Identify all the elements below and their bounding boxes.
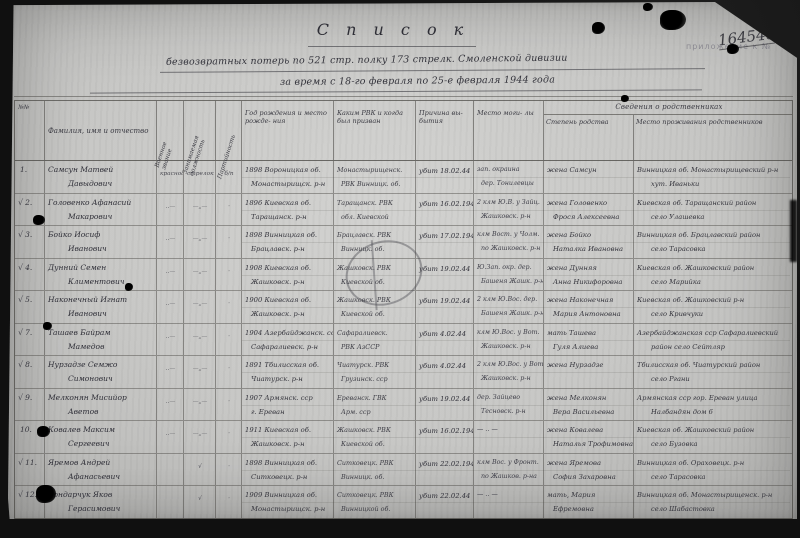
checkmark: √ (18, 198, 23, 207)
row-relation: жена ДунняяАнна Никифоровна (544, 259, 634, 291)
row-relation: жена НаконечнаяМария Антоновна (544, 291, 634, 323)
col-header-num: №№ (15, 101, 45, 160)
table-row: 10. Ковалев МаксимСергеевич ‥— —„— · 191… (15, 421, 792, 454)
row-grave: клм Вост. у Чолм.по Жашковск. р-н (474, 226, 544, 258)
row-rank: ‥— (157, 226, 184, 258)
row-rank (157, 454, 184, 486)
row-position: —„— (184, 259, 216, 291)
row-birth: 1898 Вороницкая об.Монастырищск. р-н (242, 161, 334, 193)
row-position: —„— (184, 226, 216, 258)
row-party: · (216, 421, 242, 453)
row-cause: убит 22.02.1944 (416, 454, 474, 486)
col-header-rank: Военное звание (157, 101, 184, 160)
row-position: —„— (184, 291, 216, 323)
losses-table: №№ Фамилия, имя и отчество Военное звани… (14, 100, 793, 519)
table-row: √2. Головенко АфанасийМакарович ‥— —„— ·… (15, 194, 792, 227)
table-body: 1. Самсун МатвейДавыдович красноарм. стр… (15, 161, 792, 519)
row-address: Винницкая об. Брацлавский районсело Тара… (634, 226, 793, 258)
row-number: √11. (15, 454, 45, 486)
row-party: · (216, 356, 242, 388)
row-rvk: Жашковск. РВККиевской об. (334, 421, 416, 453)
row-relation: жена Нурзадзе (544, 356, 634, 388)
checkmark: √ (18, 295, 23, 304)
row-grave: клм Вос. у Фронт.по Жашков. р-на (474, 454, 544, 486)
row-name: Мелконян МисийорАветов (45, 389, 157, 421)
row-address: Винницкая об. Монастырищенск. р-нсело Ша… (634, 486, 793, 518)
scanned-document: С п и с о к безвозвратных потерь по 521 … (0, 0, 800, 538)
row-party: · (216, 324, 242, 356)
row-number: √5. (15, 291, 45, 323)
checkmark: √ (18, 458, 23, 467)
row-rank: ‥— (157, 389, 184, 421)
row-party: · (216, 194, 242, 226)
row-number: √4. (15, 259, 45, 291)
row-grave: — ‥ — (474, 421, 544, 453)
document-subtitle-1: безвозвратных потерь по 521 стр. полку 1… (166, 51, 706, 68)
row-rank: ‥— (157, 194, 184, 226)
row-number: √8. (15, 356, 45, 388)
row-name: Бойко ИосифИванович (45, 226, 157, 258)
document-title: С п и с о к (303, 20, 483, 39)
row-number: √9. (15, 389, 45, 421)
row-address: Киевская об. Жашковский р-нсело Кривчуки (634, 291, 793, 323)
row-rvk: Чиатурск. РВКГрузинск. сср (334, 356, 416, 388)
row-relation: жена БойкоНаталка Ивановна (544, 226, 634, 258)
row-rvk: Таращанск. РВКобл. Киевской (334, 194, 416, 226)
row-grave: 2 клм Ю.Вос. у Вот.Жашковск. р-н (474, 356, 544, 388)
row-rvk: Ситковецк. РВКВинницкой об. (334, 486, 416, 518)
row-name: Яремов АндрейАфанасьевич (45, 454, 157, 486)
row-cause: убит 16.02.1944 (416, 421, 474, 453)
row-grave: 2 клм Ю.Вос. дер.Башеня Жашк. р-н (474, 291, 544, 323)
table-top-double-rule (14, 96, 793, 97)
row-name: Ташаев БайрамМамедов (45, 324, 157, 356)
row-rank: красноарм. (157, 161, 184, 193)
row-address: Киевская об. Жашковский районсело Бузовк… (634, 421, 793, 453)
subtitle-underline-2 (90, 89, 702, 93)
relatives-group-title: Сведения о родственниках (544, 101, 793, 115)
row-address: Армянская сср гор. Ереван улицаНалбандян… (634, 389, 793, 421)
row-cause: убит 19.02.44 (416, 259, 474, 291)
row-party: · (216, 291, 242, 323)
row-address: Тбилисская об. Чиатурский районсело Рган… (634, 356, 793, 388)
row-position: √ (184, 486, 216, 518)
table-row: √8. Нурзадзе СемжоСимонович ‥— —„— · 189… (15, 356, 792, 389)
row-rvk: Ситковецк. РВКВинницк. об. (334, 454, 416, 486)
row-relation: жена МелконянВера Васильевна (544, 389, 634, 421)
row-party: · (216, 389, 242, 421)
scan-edge-artifact (790, 200, 797, 262)
checkmark: √ (18, 393, 23, 402)
row-party: б/п (216, 161, 242, 193)
row-relation: мать ТашеваГуля Алиева (544, 324, 634, 356)
row-position: —„— (184, 194, 216, 226)
ink-blot (592, 22, 605, 34)
row-name: Бондарчук ЯковГерасимович (45, 486, 157, 518)
row-grave: Ю.Зап. окр. дер.Башеня Жашк. р-н (474, 259, 544, 291)
checkmark: √ (18, 328, 23, 337)
row-number: 1. (15, 161, 45, 193)
row-address: Винницкая об. Монастырищевский р-нхут. И… (634, 161, 793, 193)
row-rank: ‥— (157, 421, 184, 453)
col-header-position: Занимаемая должность (184, 101, 216, 160)
col-header-grave: Место моги- лы (474, 101, 544, 160)
row-relation: жена Самсун (544, 161, 634, 193)
row-cause: убит 22.02.44 (416, 486, 474, 518)
document-subtitle-2: за время с 18-го февраля по 25-е февраля… (280, 73, 700, 88)
row-rank: ‥— (157, 259, 184, 291)
row-birth: 1891 Тбилисская об.Чиатурск. р-н (242, 356, 334, 388)
row-birth: 1900 Киевская об.Жашковск. р-н (242, 291, 334, 323)
row-birth: 1907 Армянск. ссрг. Ереван (242, 389, 334, 421)
row-position: —„— (184, 324, 216, 356)
row-position: —„— (184, 389, 216, 421)
table-header: №№ Фамилия, имя и отчество Военное звани… (15, 101, 792, 161)
row-rank: ‥— (157, 324, 184, 356)
title-underline (308, 46, 476, 47)
row-address: Киевская об. Таращанский районсело Улаше… (634, 194, 793, 226)
row-birth: 1908 Киевская об.Жашковск. р-н (242, 259, 334, 291)
row-address: Винницкая об. Ораховецк. р-нсело Тарасов… (634, 454, 793, 486)
row-name: Нурзадзе СемжоСимонович (45, 356, 157, 388)
ink-blot (660, 10, 686, 30)
row-cause: убит 19.02.44 (416, 389, 474, 421)
row-grave: зап. окраинадер. Тонилевцы (474, 161, 544, 193)
checkmark: √ (18, 263, 23, 272)
row-birth: 1911 Киевская об.Жашковск. р-н (242, 421, 334, 453)
col-header-party: Партийность (216, 101, 242, 160)
row-birth: 1909 Винницкая об.Монастырищск. р-н (242, 486, 334, 518)
row-position: стрелок (184, 161, 216, 193)
row-rvk: Монастырищенск.РВК Винницк. об. (334, 161, 416, 193)
row-birth: 1896 Киевская об.Таращанск. р-н (242, 194, 334, 226)
row-relation: жена ГоловенкоФрося Алексеевна (544, 194, 634, 226)
row-party: · (216, 259, 242, 291)
row-name: Наконечный ИгнатИванович (45, 291, 157, 323)
row-party: · (216, 454, 242, 486)
table-row: 1. Самсун МатвейДавыдович красноарм. стр… (15, 161, 792, 194)
row-rvk: Сафаралиевск.РВК АзССР (334, 324, 416, 356)
ink-blot (643, 3, 653, 11)
col-header-address: Место проживания родственников (634, 115, 793, 160)
row-relation: жена КовалеваНаталья Трофимовна (544, 421, 634, 453)
row-cause: убит 4.02.44 (416, 324, 474, 356)
checkmark: √ (18, 230, 23, 239)
table-row: √11. Яремов АндрейАфанасьевич √ · 1898 В… (15, 454, 792, 487)
row-name: Дунний СеменКлиментович (45, 259, 157, 291)
row-party: · (216, 226, 242, 258)
row-name: Ковалев МаксимСергеевич (45, 421, 157, 453)
col-header-relatives-group: Сведения о родственниках Степень родства… (544, 101, 793, 160)
row-birth: 1904 Азербайджанск. ссрСафаралиевск. р-н (242, 324, 334, 356)
row-rank: ‥— (157, 356, 184, 388)
row-name: Головенко АфанасийМакарович (45, 194, 157, 226)
row-number: √3. (15, 226, 45, 258)
row-address: Азербайджанская сср Сафаралиевскийрайон … (634, 324, 793, 356)
row-grave: клм Ю.Вос. у Вот.Жашковск. р-н (474, 324, 544, 356)
row-cause: убит 16.02.1944 (416, 194, 474, 226)
checkmark: √ (18, 360, 23, 369)
row-position: —„— (184, 356, 216, 388)
table-row: √12. Бондарчук ЯковГерасимович √ · 1909 … (15, 486, 792, 519)
table-row: √7. Ташаев БайрамМамедов ‥— —„— · 1904 А… (15, 324, 792, 357)
row-number: √7. (15, 324, 45, 356)
row-rvk: Ереванск. ГВКАрм. сср (334, 389, 416, 421)
row-rank (157, 486, 184, 518)
subtitle-underline-1 (160, 68, 705, 73)
col-header-relation: Степень родства (544, 115, 634, 160)
checkmark: √ (18, 490, 23, 499)
col-header-cause: Причина вы- бытия (416, 101, 474, 160)
row-cause: убит 18.02.44 (416, 161, 474, 193)
row-grave: 2 клм Ю.В. у Зайц.Жашковск. р-н (474, 194, 544, 226)
row-relation: жена ЯремоваСофия Захаровна (544, 454, 634, 486)
row-address: Киевская об. Жашковский районсело Марийк… (634, 259, 793, 291)
row-cause: убит 4.02.44 (416, 356, 474, 388)
row-rank: ‥— (157, 291, 184, 323)
row-birth: 1898 Винницкая об.Брацлавск. р-н (242, 226, 334, 258)
table-row: √9. Мелконян МисийорАветов ‥— —„— · 1907… (15, 389, 792, 422)
row-name: Самсун МатвейДавыдович (45, 161, 157, 193)
row-grave: — ‥ — (474, 486, 544, 518)
row-cause: убит 19.02.44 (416, 291, 474, 323)
row-position: —„— (184, 421, 216, 453)
stamp: приложение к № 16454с (686, 32, 798, 62)
row-cause: убит 17.02.1944 (416, 226, 474, 258)
row-birth: 1898 Винницкая об.Ситковецк. р-н (242, 454, 334, 486)
paper-sheet: С п и с о к безвозвратных потерь по 521 … (8, 2, 797, 519)
row-party: · (216, 486, 242, 518)
row-relation: мать, МарияЕфремовна (544, 486, 634, 518)
row-position: √ (184, 454, 216, 486)
col-header-name: Фамилия, имя и отчество (45, 101, 157, 160)
col-header-birth: Год рождения и место рожде- ния (242, 101, 334, 160)
row-grave: дер. ЗайцевоТесновск. р-н (474, 389, 544, 421)
col-header-rvk: Каким РВК и когда был призван (334, 101, 416, 160)
